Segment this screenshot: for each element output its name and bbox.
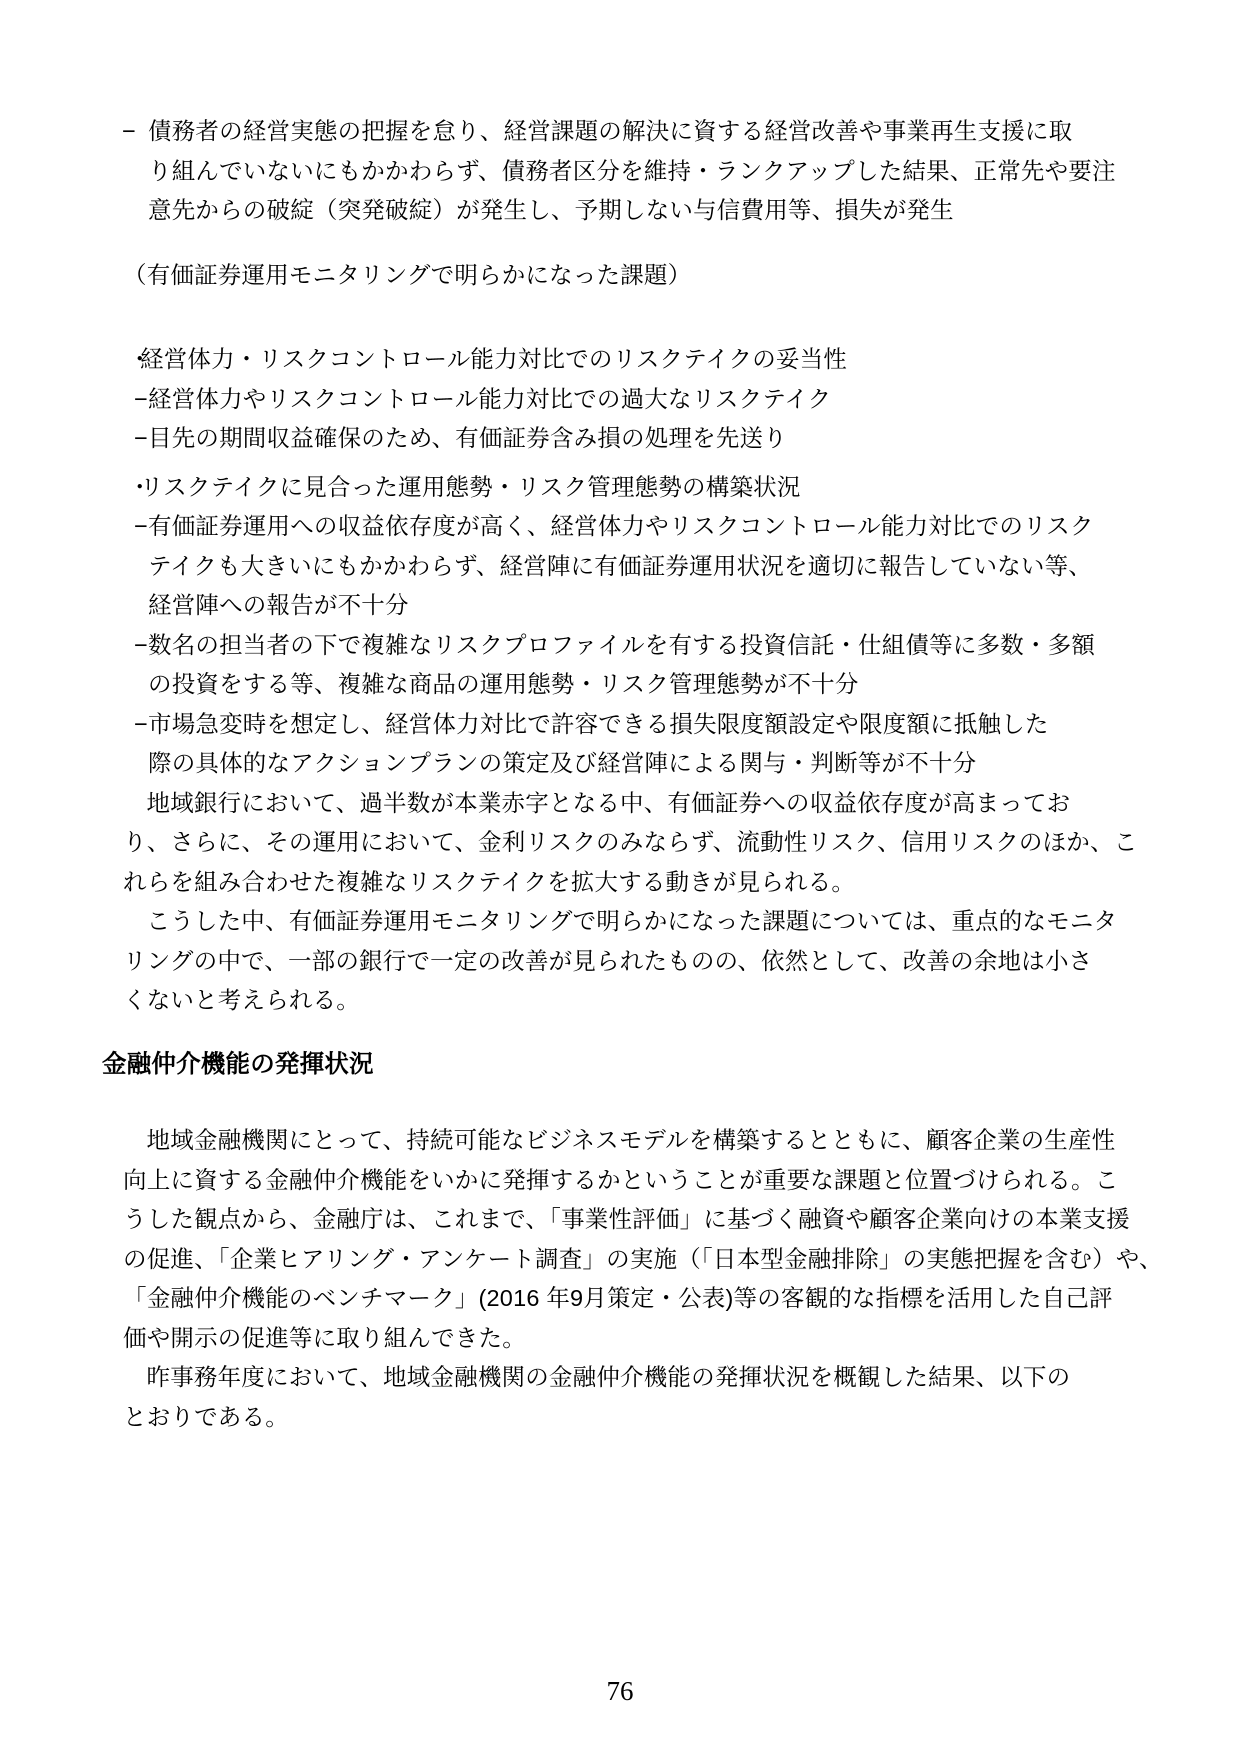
list-item: ・ リスクテイクに見合った運用態勢・リスク管理態勢の構築状況 <box>102 468 1172 508</box>
text-line: くないと考えられる。 <box>123 981 1172 1021</box>
paragraph: こうした中、有価証券運用モニタリングで明らかになった課題については、重点的なモニ… <box>102 902 1172 1021</box>
text-line: うした観点から、金融庁は、これまで、「事業性評価」に基づく融資や顧客企業向けの本… <box>123 1200 1172 1240</box>
section-heading: 金融仲介機能の発揮状況 <box>102 1045 1172 1085</box>
text-line: 経営陣への報告が不十分 <box>148 586 1172 626</box>
list-item: − 市場急変時を想定し、経営体力対比で許容できる損失限度額設定や限度額に抵触した… <box>102 705 1172 784</box>
document-page: − 債務者の経営実態の把握を怠り、経営課題の解決に資する経営改善や事業再生支援に… <box>0 0 1240 1755</box>
text-line: の促進、「企業ヒアリング・アンケート調査」の実施（「日本型金融排除」の実態把握を… <box>123 1240 1172 1280</box>
text-line: 向上に資する金融仲介機能をいかに発揮するかということが重要な課題と位置づけられる… <box>123 1161 1172 1201</box>
paragraph: 昨事務年度において、地域金融機関の金融仲介機能の発揮状況を概観した結果、以下の … <box>102 1358 1172 1437</box>
text-line: 価や開示の促進等に取り組んできた。 <box>123 1319 1172 1359</box>
text-line: 昨事務年度において、地域金融機関の金融仲介機能の発揮状況を概観した結果、以下の <box>123 1358 1172 1398</box>
text-line: の投資をする等、複雑な商品の運用態勢・リスク管理態勢が不十分 <box>148 665 1172 705</box>
page-number: 76 <box>0 1676 1240 1707</box>
list-item: − 有価証券運用への収益依存度が高く、経営体力やリスクコントロール能力対比でのリ… <box>102 507 1172 626</box>
text-line: 市場急変時を想定し、経営体力対比で許容できる損失限度額設定や限度額に抵触した <box>148 705 1172 745</box>
page-content: − 債務者の経営実態の把握を怠り、経営課題の解決に資する経営改善や事業再生支援に… <box>102 0 1172 1437</box>
dash-marker: − <box>134 507 148 547</box>
text-line: とおりである。 <box>123 1398 1172 1438</box>
text-line: 経営体力・リスクコントロール能力対比でのリスクテイクの妥当性 <box>140 340 1172 380</box>
text-line: れらを組み合わせた複雑なリスクテイクを拡大する動きが見られる。 <box>123 863 1172 903</box>
bullet-marker: ・ <box>128 468 152 508</box>
dash-marker: − <box>122 112 136 152</box>
text-line: こうした中、有価証券運用モニタリングで明らかになった課題については、重点的なモニ… <box>123 902 1172 942</box>
list-item: − 数名の担当者の下で複雑なリスクプロファイルを有する投資信託・仕組債等に多数・… <box>102 626 1172 705</box>
text-line: リスクテイクに見合った運用態勢・リスク管理態勢の構築状況 <box>140 468 1172 508</box>
text-line: テイクも大きいにもかかわらず、経営陣に有価証券運用状況を適切に報告していない等、 <box>148 547 1172 587</box>
dash-marker: − <box>134 419 148 459</box>
list-item: − 債務者の経営実態の把握を怠り、経営課題の解決に資する経営改善や事業再生支援に… <box>102 112 1172 231</box>
text-line: り、さらに、その運用において、金利リスクのみならず、流動性リスク、信用リスクのほ… <box>123 823 1172 863</box>
text-line: 意先からの破綻（突発破綻）が発生し、予期しない与信費用等、損失が発生 <box>148 191 1172 231</box>
text-line: リングの中で、一部の銀行で一定の改善が見られたものの、依然として、改善の余地は小… <box>123 942 1172 982</box>
text-line: り組んでいないにもかかわらず、債務者区分を維持・ランクアップした結果、正常先や要… <box>148 152 1172 192</box>
text-line: 債務者の経営実態の把握を怠り、経営課題の解決に資する経営改善や事業再生支援に取 <box>148 112 1172 152</box>
text-line: 地域銀行において、過半数が本業赤字となる中、有価証券への収益依存度が高まってお <box>123 784 1172 824</box>
bullet-marker: ・ <box>128 340 152 380</box>
text-line: 経営体力やリスクコントロール能力対比での過大なリスクテイク <box>148 380 1172 420</box>
dash-marker: − <box>134 380 148 420</box>
text-line: 際の具体的なアクションプランの策定及び経営陣による関与・判断等が不十分 <box>148 744 1172 784</box>
list-item: − 経営体力やリスクコントロール能力対比での過大なリスクテイク <box>102 380 1172 420</box>
text-line: 数名の担当者の下で複雑なリスクプロファイルを有する投資信託・仕組債等に多数・多額 <box>148 626 1172 666</box>
paragraph: 地域銀行において、過半数が本業赤字となる中、有価証券への収益依存度が高まってお … <box>102 784 1172 903</box>
list-item: ・ 経営体力・リスクコントロール能力対比でのリスクテイクの妥当性 <box>102 340 1172 380</box>
dash-marker: − <box>134 626 148 666</box>
text-line: 地域金融機関にとって、持続可能なビジネスモデルを構築するとともに、顧客企業の生産… <box>123 1121 1172 1161</box>
paragraph: 地域金融機関にとって、持続可能なビジネスモデルを構築するとともに、顧客企業の生産… <box>102 1121 1172 1358</box>
text-line: 目先の期間収益確保のため、有価証券含み損の処理を先送り <box>148 419 1172 459</box>
list-item: − 目先の期間収益確保のため、有価証券含み損の処理を先送り <box>102 419 1172 459</box>
text-line: 有価証券運用への収益依存度が高く、経営体力やリスクコントロール能力対比でのリスク <box>148 507 1172 547</box>
text-line: 「金融仲介機能のベンチマーク」(2016 年9月策定・公表)等の客観的な指標を活… <box>123 1279 1172 1319</box>
paren-heading: （有価証券運用モニタリングで明らかになった課題） <box>102 256 1172 296</box>
dash-marker: − <box>134 705 148 745</box>
